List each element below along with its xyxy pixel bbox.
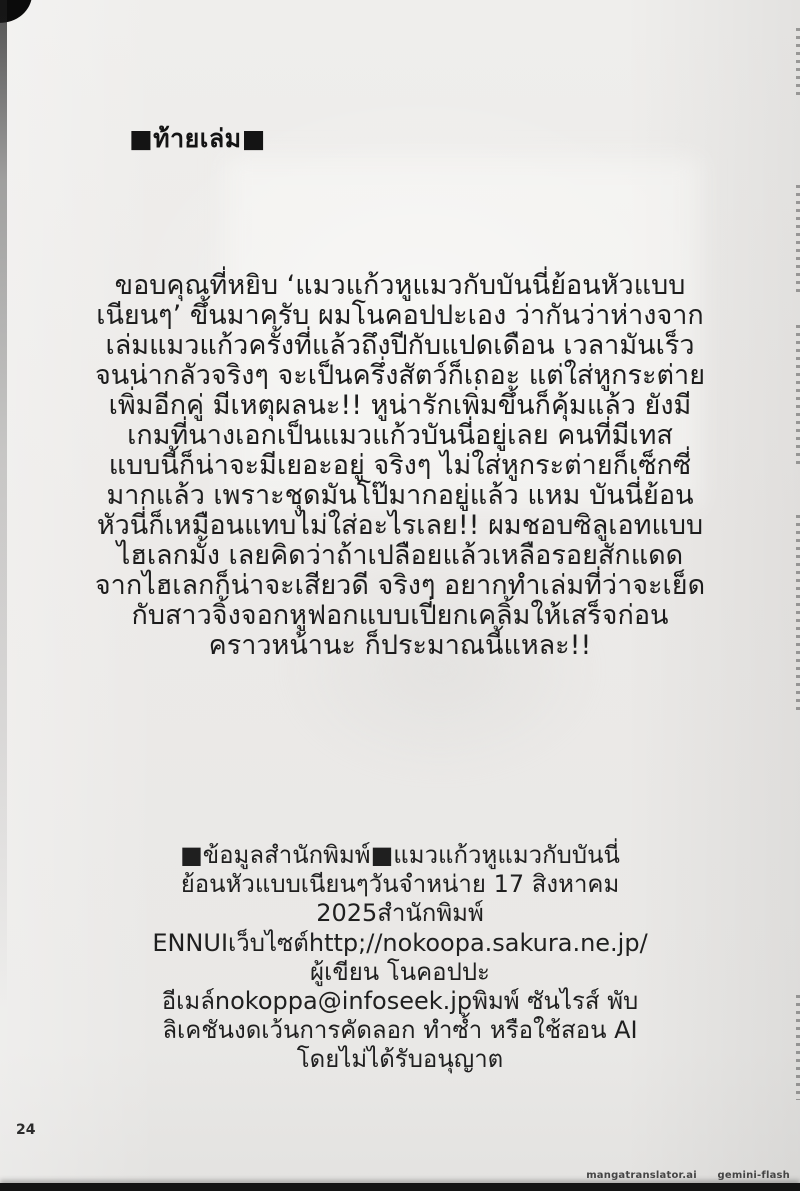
scan-left-edge-shadow: [0, 0, 7, 1010]
afterword-body-text: ขอบคุณที่หยิบ ‘แมวแก้วหูแมวกับบันนี่ย้อน…: [92, 271, 708, 661]
page-number: 24: [16, 1122, 35, 1138]
watermark-model-label: gemini-flash: [718, 1170, 790, 1181]
scanned-page: ■ท้ายเล่ม■ ขอบคุณที่หยิบ ‘แมวแก้วหูแมวกั…: [0, 0, 800, 1191]
scan-right-edge-noise: [796, 995, 800, 1100]
scan-right-edge-noise: [796, 185, 800, 295]
translator-watermark: mangatranslator.ai gemini-flash: [586, 1170, 790, 1181]
scan-right-edge-noise: [796, 28, 800, 98]
afterword-section-title: ■ท้ายเล่ม■: [129, 119, 266, 159]
scan-right-edge-noise: [796, 515, 800, 715]
publisher-colophon-text: ■ข้อมูลสำนักพิมพ์■แมวแก้วหูแมวกับบันนี่ …: [102, 841, 698, 1075]
watermark-site-label: mangatranslator.ai: [586, 1170, 697, 1181]
scan-bottom-edge-bar: [0, 1183, 800, 1191]
scan-right-edge-noise: [796, 325, 800, 465]
